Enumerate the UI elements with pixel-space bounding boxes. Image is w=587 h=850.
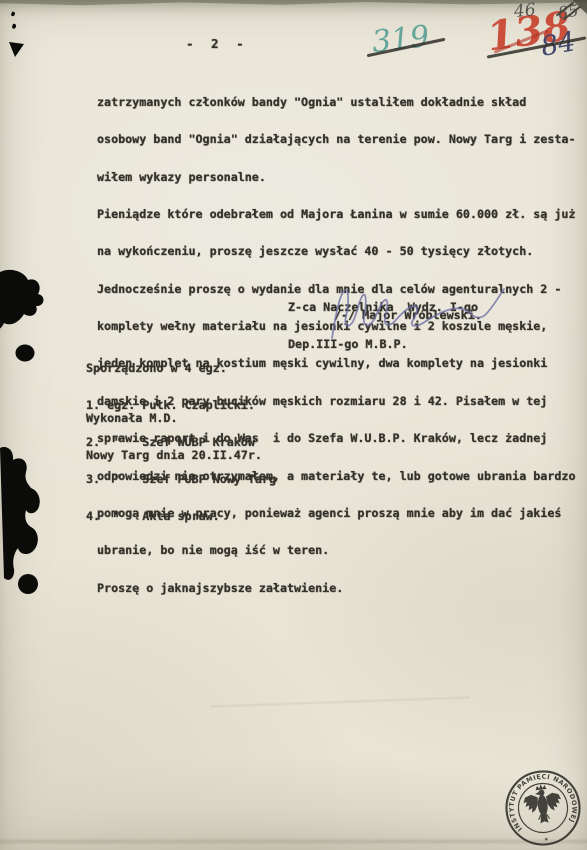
paper-crease [0,838,587,845]
distribution-line: 4. " Akta spraw. [86,510,276,522]
distribution-line: Sporządzono w 4 egz. [86,362,276,374]
signature-block: Z-ca Naczelnika Wydz. I-go Dep.III-go M.… [288,276,478,375]
body-line: Pieniądze które odebrałem od Majora Łani… [97,208,575,220]
distribution-line: 1. egz. Pułk. Czaplicki. [86,399,276,411]
ink-dot [16,345,35,362]
ink-dot [18,574,38,594]
signer-department-line: Dep.III-go M.B.P. [288,338,478,350]
ipn-stamp: INSTYTUT PAMIĘCI NARODOWEJ ✶ [498,761,587,850]
ink-speck [11,12,15,17]
paper-crease [210,695,470,708]
distribution-line: 2. " Szef WUBP Kraków [86,436,276,448]
body-line: osobowy band "Ognia" działających na ter… [97,133,575,145]
stamp-star: ✶ [543,836,549,843]
body-line: Proszę o jaknajszybsze załatwienie. [97,582,575,594]
scan-top-edge [0,0,587,8]
ink-blot [0,447,40,580]
ink-speck [12,24,16,29]
distribution-line: 3. " Szef PUBP Nowy Targ [86,473,276,485]
ink-blot [9,42,24,57]
body-line: na wykończeniu, proszę jeszcze wysłać 40… [97,245,575,257]
date-line: Nowy Targ dnia 20.II.47r. [86,448,262,462]
distribution-list: Sporządzono w 4 egz. 1. egz. Pułk. Czapl… [86,337,276,547]
page-number: - 2 - [186,36,249,51]
body-line: zatrzymanych członków bandy "Ognia" usta… [97,96,575,108]
scanned-document-page: - 2 - 319 138 84 46 85 zatrzymanych czło… [0,0,587,850]
signer-name-line: /-/ Major Wróblewski. [334,308,482,322]
ink-blot [0,270,44,329]
handwritten-number-pencil: 46 [513,0,537,22]
made-by-line: Wykonała M.D. [86,411,177,425]
body-line: wiłem wykazy personalne. [97,171,575,183]
